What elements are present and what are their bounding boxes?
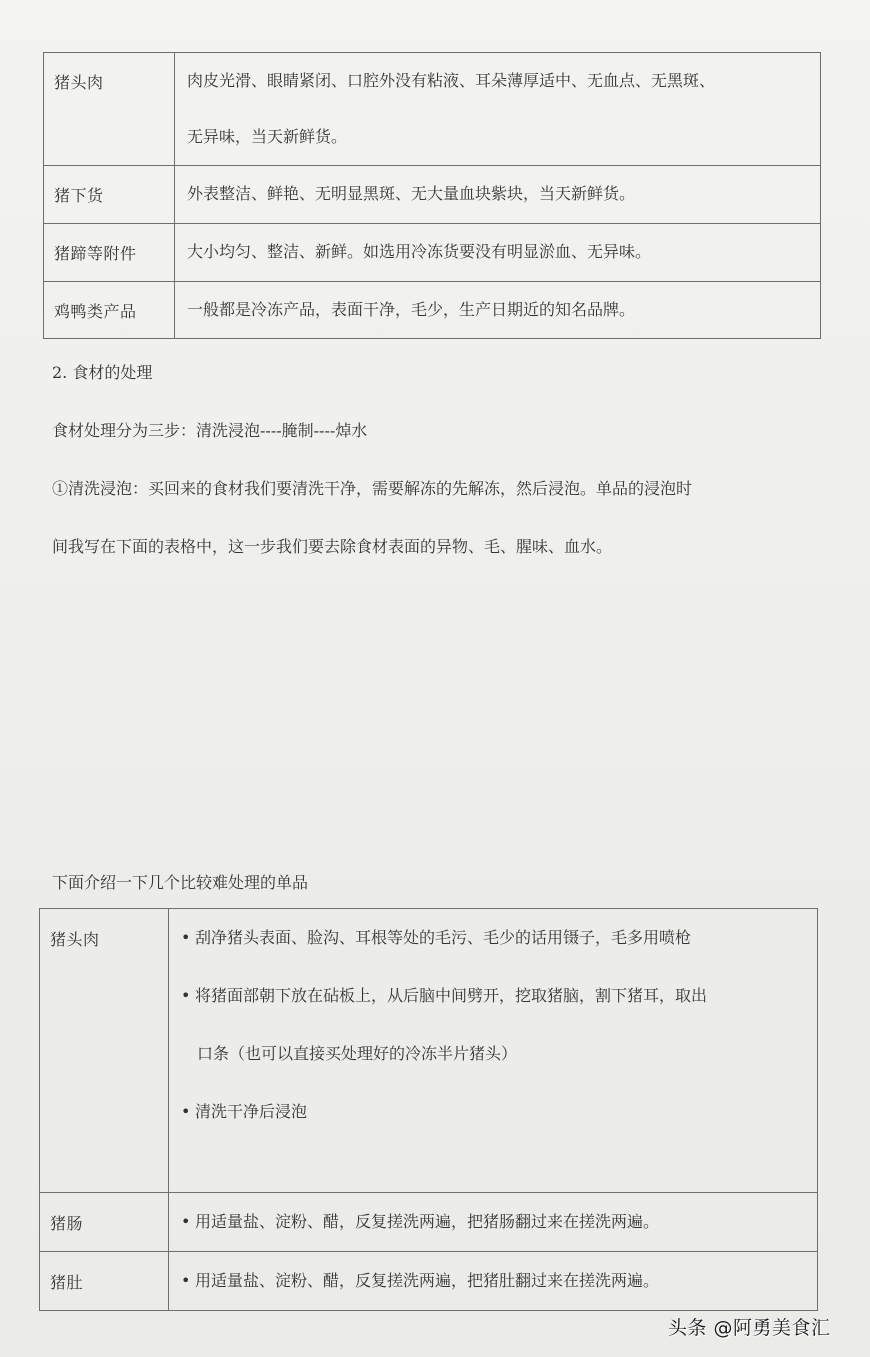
soak-paragraph-line: 间我写在下面的表格中，这一步我们要去除食材表面的异物、毛、腥味、血水。 <box>52 534 612 557</box>
section-heading: 2. 食材的处理 <box>52 360 152 383</box>
bullet-icon: • <box>181 1252 195 1310</box>
table-row: 猪下货 外表整洁、鲜艳、无明显黑斑、无大量血块紫块，当天新鲜货。 <box>44 166 821 224</box>
bullet-text: 清洗干净后浸泡 <box>195 1102 307 1121</box>
bullet-icon: • <box>181 967 195 1025</box>
soak-paragraph-line: ①清洗浸泡：买回来的食材我们要清洗干净，需要解冻的先解冻，然后浸泡。单品的浸泡时 <box>52 476 692 499</box>
item-standard: 大小均匀、整洁、新鲜。如选用冷冻货要没有明显淤血、无异味。 <box>175 224 821 282</box>
table-row: 猪头肉 肉皮光滑、眼睛紧闭、口腔外没有粘液、耳朵薄厚适中、无血点、无黑斑、 无异… <box>44 53 821 166</box>
table-row: 猪肚 •用适量盐、淀粉、醋，反复搓洗两遍，把猪肚翻过来在搓洗两遍。 <box>40 1252 818 1311</box>
steps-line: 食材处理分为三步：清洗浸泡----腌制----焯水 <box>52 418 367 441</box>
item-name: 猪肠 <box>40 1193 169 1252</box>
bullet-text: 用适量盐、淀粉、醋，反复搓洗两遍，把猪肠翻过来在搓洗两遍。 <box>195 1212 659 1231</box>
bullet-item: •用适量盐、淀粉、醋，反复搓洗两遍，把猪肚翻过来在搓洗两遍。 <box>181 1252 817 1310</box>
bullet-text: 刮净猪头表面、脸沟、耳根等处的毛污、毛少的话用镊子，毛多用喷枪 <box>195 928 691 947</box>
bullet-continuation: 口条（也可以直接买处理好的冷冻半片猪头） <box>181 1025 817 1083</box>
quality-standards-table: 猪头肉 肉皮光滑、眼睛紧闭、口腔外没有粘液、耳朵薄厚适中、无血点、无黑斑、 无异… <box>43 52 821 339</box>
bullet-icon: • <box>181 1083 195 1141</box>
standard-line: 肉皮光滑、眼睛紧闭、口腔外没有粘液、耳朵薄厚适中、无血点、无黑斑、 <box>187 53 820 109</box>
item-name: 猪蹄等附件 <box>44 224 175 282</box>
item-name: 猪头肉 <box>44 53 175 166</box>
bullet-item: •清洗干净后浸泡 <box>181 1083 817 1141</box>
item-name: 猪肚 <box>40 1252 169 1311</box>
bullet-text: 用适量盐、淀粉、醋，反复搓洗两遍，把猪肚翻过来在搓洗两遍。 <box>195 1271 659 1290</box>
table-row: 鸡鸭类产品 一般都是冷冻产品，表面干净，毛少，生产日期近的知名品牌。 <box>44 282 821 339</box>
watermark: 头条 @阿勇美食汇 <box>668 1313 831 1340</box>
standard-line: 无异味，当天新鲜货。 <box>187 109 820 165</box>
bullet-icon: • <box>181 909 195 967</box>
bullet-item: •将猪面部朝下放在砧板上，从后脑中间劈开，挖取猪脑，割下猪耳，取出 <box>181 967 817 1025</box>
bullet-item: •用适量盐、淀粉、醋，反复搓洗两遍，把猪肠翻过来在搓洗两遍。 <box>181 1193 817 1251</box>
item-name: 猪下货 <box>44 166 175 224</box>
table-row: 猪蹄等附件 大小均匀、整洁、新鲜。如选用冷冻货要没有明显淤血、无异味。 <box>44 224 821 282</box>
item-name: 鸡鸭类产品 <box>44 282 175 339</box>
table-row: 猪头肉 •刮净猪头表面、脸沟、耳根等处的毛污、毛少的话用镊子，毛多用喷枪 •将猪… <box>40 909 818 1193</box>
item-name: 猪头肉 <box>40 909 169 1193</box>
bullet-icon: • <box>181 1193 195 1251</box>
table-row: 猪肠 •用适量盐、淀粉、醋，反复搓洗两遍，把猪肠翻过来在搓洗两遍。 <box>40 1193 818 1252</box>
item-standard: 肉皮光滑、眼睛紧闭、口腔外没有粘液、耳朵薄厚适中、无血点、无黑斑、 无异味，当天… <box>175 53 821 166</box>
bullet-item: •刮净猪头表面、脸沟、耳根等处的毛污、毛少的话用镊子，毛多用喷枪 <box>181 909 817 967</box>
item-steps: •用适量盐、淀粉、醋，反复搓洗两遍，把猪肠翻过来在搓洗两遍。 <box>169 1193 818 1252</box>
difficult-items-intro: 下面介绍一下几个比较难处理的单品 <box>52 870 308 893</box>
item-steps: •刮净猪头表面、脸沟、耳根等处的毛污、毛少的话用镊子，毛多用喷枪 •将猪面部朝下… <box>169 909 818 1193</box>
item-steps: •用适量盐、淀粉、醋，反复搓洗两遍，把猪肚翻过来在搓洗两遍。 <box>169 1252 818 1311</box>
item-standard: 一般都是冷冻产品，表面干净，毛少，生产日期近的知名品牌。 <box>175 282 821 339</box>
bullet-text: 将猪面部朝下放在砧板上，从后脑中间劈开，挖取猪脑，割下猪耳，取出 <box>195 986 707 1005</box>
item-standard: 外表整洁、鲜艳、无明显黑斑、无大量血块紫块，当天新鲜货。 <box>175 166 821 224</box>
difficult-items-table: 猪头肉 •刮净猪头表面、脸沟、耳根等处的毛污、毛少的话用镊子，毛多用喷枪 •将猪… <box>39 908 818 1311</box>
